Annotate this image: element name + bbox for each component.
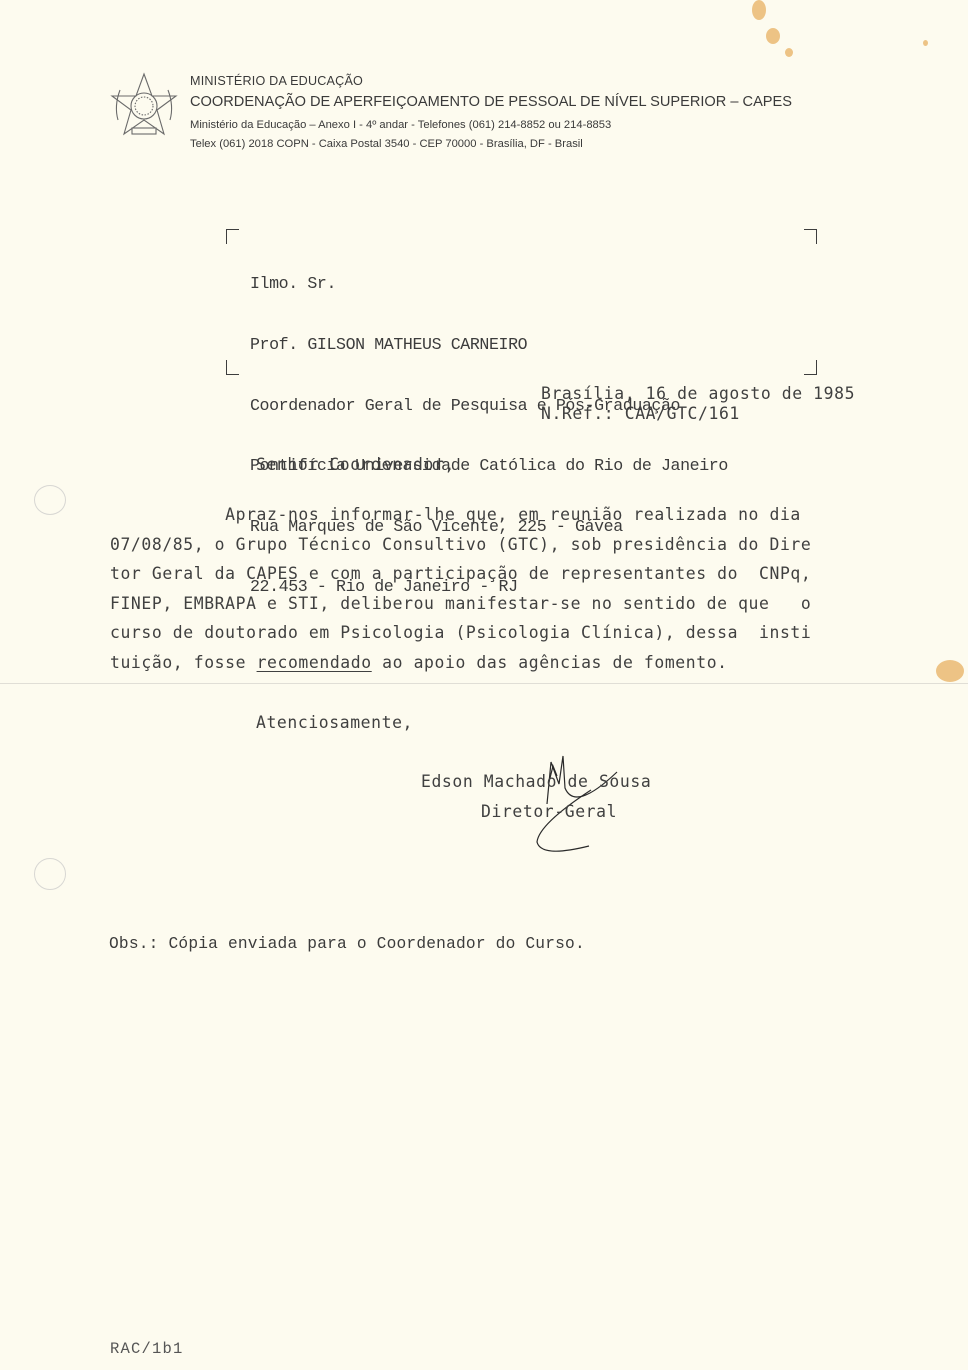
brazil-coat-of-arms-icon [108,70,180,146]
recipient-line: Ilmo. Sr. [250,274,728,294]
underlined-word: recomendado [257,653,372,672]
paper-fold-line [0,683,968,684]
footer-code: RAC/1b1 [110,1339,184,1359]
signer-name: Edson Machado de Sousa [421,772,651,791]
stain-mark [766,28,780,44]
body-line-end: ao apoio das agências de fomento. [372,653,728,672]
body-line-last: tuição, fosse recomendado ao apoio das a… [110,648,910,678]
recipient-line: Prof. GILSON MATHEUS CARNEIRO [250,335,728,355]
body-line: Apraz-nos informar-lhe que, em reunião r… [110,500,910,530]
letter-body: Apraz-nos informar-lhe que, em reunião r… [110,500,910,678]
letter-reference: N.Ref.: CAA/GTC/161 [541,404,740,423]
stain-mark [936,660,964,682]
body-line: curso de doutorado em Psicologia (Psicol… [110,618,910,648]
body-line-start: tuição, fosse [110,653,257,672]
body-line: FINEP, EMBRAPA e STI, deliberou manifest… [110,589,910,619]
salutation: Senhor Coordenador, [256,455,455,474]
copy-note: Obs.: Cópia enviada para o Coordenador d… [109,934,585,954]
stain-mark [752,0,766,20]
address-bracket-top-left [226,229,239,244]
agency-address: Ministério da Educação – Anexo I - 4º an… [190,119,611,131]
punch-hole [34,858,66,890]
ministry-name: MINISTÉRIO DA EDUCAÇÃO [190,74,363,88]
closing: Atenciosamente, [256,713,413,732]
stain-mark [785,48,793,57]
address-bracket-bottom-left [226,360,239,375]
address-bracket-bottom-right [804,360,817,375]
address-bracket-top-right [804,229,817,244]
agency-contact: Telex (061) 2018 COPN - Caixa Postal 354… [190,138,583,150]
stain-mark [923,40,928,46]
agency-name: COORDENAÇÃO DE APERFEIÇOAMENTO DE PESSOA… [190,94,792,110]
body-line: tor Geral da CAPES e com a participação … [110,559,910,589]
letter-date: Brasília, 16 de agosto de 1985 [541,384,855,403]
punch-hole [34,485,66,515]
signer-title: Diretor-Geral [481,802,617,821]
body-line: 07/08/85, o Grupo Técnico Consultivo (GT… [110,530,910,560]
